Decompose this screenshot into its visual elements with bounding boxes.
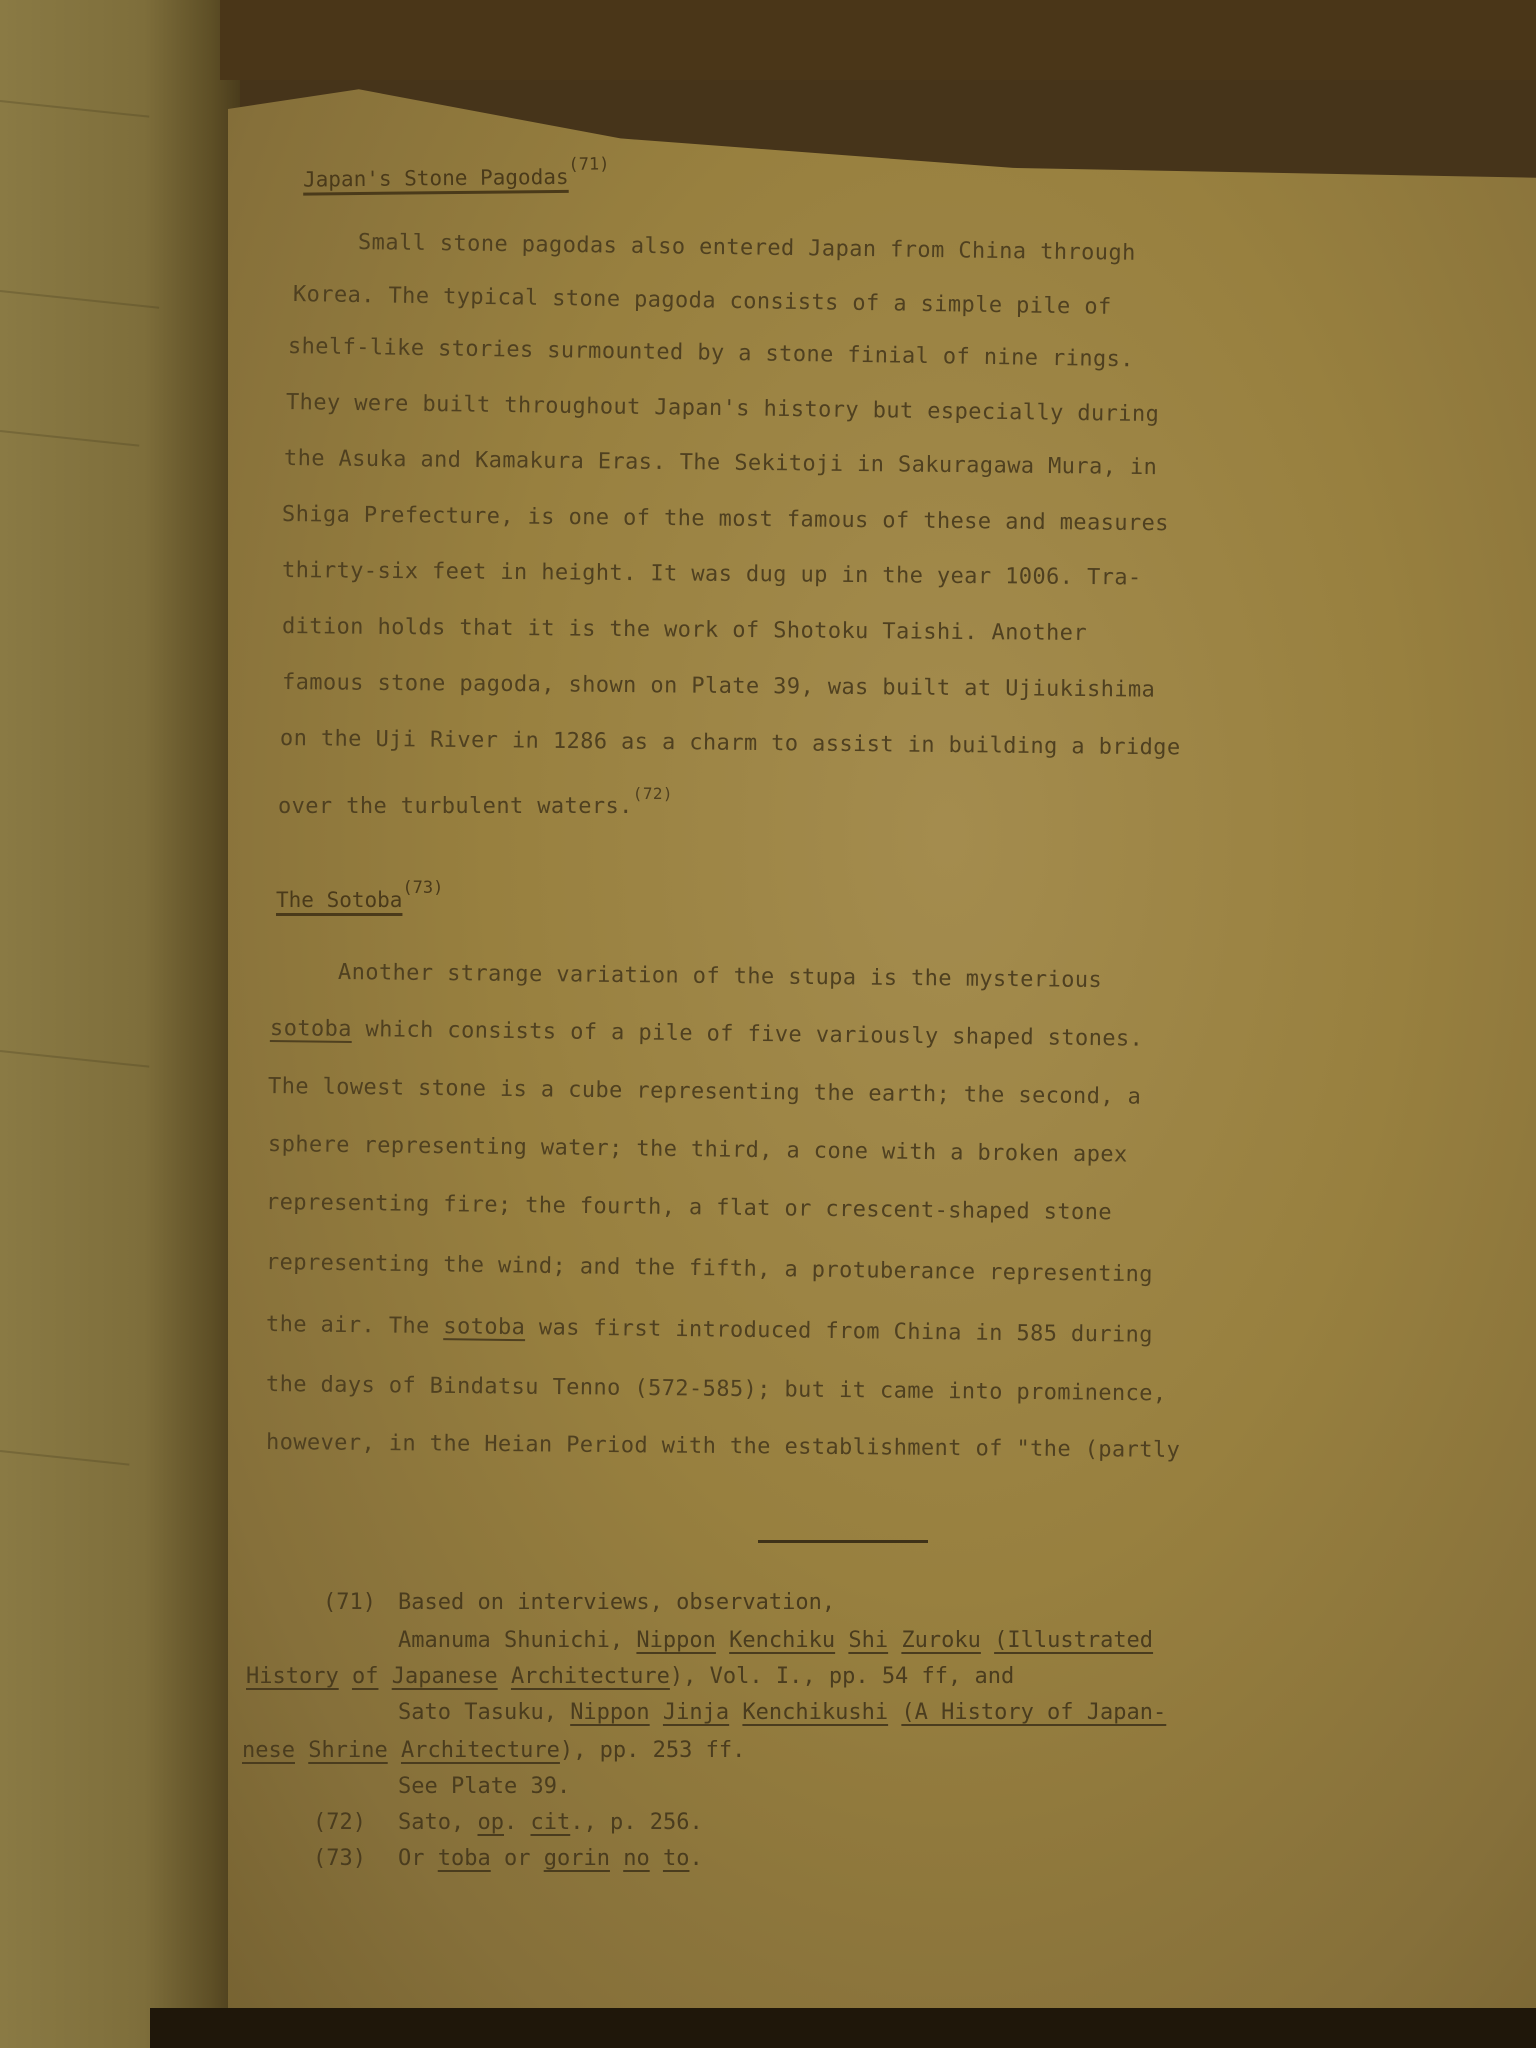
- body-line: representing fire; the fourth, a flat or…: [266, 1190, 1112, 1225]
- body-line: Shiga Prefecture, is one of the most fam…: [282, 502, 1169, 536]
- footnote-text: Sato Tasuku,: [398, 1700, 570, 1725]
- italic-term: sotoba: [443, 1314, 525, 1340]
- title-word: (A History of Japan-: [901, 1700, 1166, 1725]
- bleed-through-line: [0, 430, 139, 447]
- section-heading-stone-pagodas: Japan's Stone Pagodas(71): [303, 154, 610, 191]
- footnote-71-line: See Plate 39.: [398, 1774, 570, 1799]
- footnote-73-line: Or toba or gorin no to.: [398, 1846, 703, 1871]
- page-number: 147: [788, 115, 828, 140]
- footnote-text: or: [491, 1846, 544, 1871]
- abbrev-term: op: [477, 1810, 504, 1835]
- body-line-end: over the turbulent waters.(72): [278, 784, 673, 819]
- footnote-73-marker: (73): [313, 1846, 366, 1871]
- footnote-text: ), pp. 253 ff.: [560, 1738, 745, 1763]
- body-line: Small stone pagodas also entered Japan f…: [358, 230, 1136, 266]
- photo-scene: 147 Japan's Stone Pagodas(71) Small ston…: [0, 0, 1536, 2048]
- bleed-through-line: [0, 100, 149, 118]
- title-word: of: [352, 1664, 379, 1689]
- body-text: over the turbulent waters.: [278, 794, 633, 819]
- italic-term: no: [623, 1846, 650, 1871]
- bleed-through-line: [0, 1050, 149, 1068]
- body-line: Another strange variation of the stupa i…: [338, 960, 1102, 993]
- facing-page-left: [0, 0, 240, 2048]
- body-line: famous stone pagoda, shown on Plate 39, …: [282, 670, 1155, 703]
- footnote-72-marker: (72): [313, 1810, 366, 1835]
- footnote-text: Amanuma Shunichi,: [398, 1628, 636, 1653]
- title-word: Nippon: [636, 1628, 715, 1653]
- body-line: They were built throughout Japan's histo…: [286, 390, 1160, 427]
- footnote-ref: (71): [568, 154, 609, 174]
- footnote-text: Sato,: [398, 1810, 477, 1835]
- body-line: sotoba which consists of a pile of five …: [270, 1016, 1144, 1052]
- bleed-through-line: [0, 1450, 129, 1466]
- title-word: Architecture: [511, 1664, 670, 1689]
- body-line: the air. The sotoba was first introduced…: [266, 1312, 1153, 1348]
- footnote-71-line: Amanuma Shunichi, Nippon Kenchiku Shi Zu…: [398, 1628, 1153, 1653]
- italic-term: toba: [438, 1846, 491, 1871]
- title-word: Kenchiku: [729, 1628, 835, 1653]
- title-word: Architecture: [401, 1738, 560, 1763]
- footnote-separator: [758, 1540, 928, 1543]
- footnote-text: ., p. 256.: [570, 1810, 702, 1835]
- body-line: The lowest stone is a cube representing …: [268, 1074, 1142, 1110]
- title-word: Shi: [848, 1628, 888, 1653]
- title-word: nese: [242, 1738, 295, 1763]
- page-content: 147 Japan's Stone Pagodas(71) Small ston…: [228, 50, 1536, 2015]
- heading-text: The Sotoba: [276, 888, 402, 912]
- document-page: 147 Japan's Stone Pagodas(71) Small ston…: [228, 50, 1536, 2015]
- title-word: (Illustrated: [994, 1628, 1153, 1653]
- body-line: however, in the Heian Period with the es…: [266, 1430, 1180, 1463]
- body-text: which consists of a pile of five various…: [352, 1017, 1144, 1052]
- body-line: representing the wind; and the fifth, a …: [266, 1250, 1153, 1287]
- title-word: Shrine: [308, 1738, 387, 1763]
- title-word: Nippon: [570, 1700, 649, 1725]
- title-word: Jinja: [663, 1700, 729, 1725]
- body-text: was first introduced from China in 585 d…: [525, 1315, 1153, 1348]
- footnote-72-line: Sato, op. cit., p. 256.: [398, 1810, 703, 1835]
- body-text: the air. The: [266, 1312, 444, 1339]
- body-line: on the Uji River in 1286 as a charm to a…: [280, 726, 1181, 760]
- footnote-ref: (73): [402, 878, 443, 898]
- italic-term: sotoba: [270, 1016, 352, 1042]
- section-heading-sotoba: The Sotoba(73): [276, 878, 443, 912]
- bleed-through-line: [0, 290, 159, 309]
- background-top: [220, 0, 1536, 80]
- footnote-71-marker: (71): [323, 1590, 376, 1615]
- footnote-text: ), Vol. I., pp. 54 ff, and: [670, 1664, 1014, 1689]
- italic-term: gorin: [544, 1846, 610, 1871]
- italic-term: to: [663, 1846, 690, 1871]
- footnote-71-line: Sato Tasuku, Nippon Jinja Kenchikushi (A…: [398, 1700, 1166, 1725]
- footnote-text: .: [689, 1846, 702, 1871]
- title-word: Kenchikushi: [742, 1700, 888, 1725]
- title-word: Japanese: [392, 1664, 498, 1689]
- body-line: sphere representing water; the third, a …: [268, 1132, 1128, 1168]
- footnote-text: .: [504, 1810, 531, 1835]
- body-line: shelf-like stories surmounted by a stone…: [288, 334, 1134, 372]
- footnote-text: Or: [398, 1846, 438, 1871]
- title-word: Zuroku: [901, 1628, 980, 1653]
- body-line: thirty-six feet in height. It was dug up…: [282, 558, 1142, 591]
- background-bottom: [150, 2008, 1536, 2048]
- title-word: History: [246, 1664, 339, 1689]
- footnote-ref: (72): [633, 784, 673, 803]
- heading-text: Japan's Stone Pagodas: [303, 165, 569, 192]
- footnote-71-line: History of Japanese Architecture), Vol. …: [246, 1664, 1014, 1689]
- footnote-71-line: Based on interviews, observation,: [398, 1590, 835, 1615]
- footnote-71-line: nese Shrine Architecture), pp. 253 ff.: [242, 1738, 745, 1763]
- abbrev-term: cit: [530, 1810, 570, 1835]
- body-line: Korea. The typical stone pagoda consists…: [293, 282, 1112, 320]
- body-line: the Asuka and Kamakura Eras. The Sekitoj…: [284, 446, 1158, 480]
- body-line: dition holds that it is the work of Shot…: [282, 614, 1087, 646]
- body-line: the days of Bindatsu Tenno (572-585); bu…: [266, 1372, 1167, 1406]
